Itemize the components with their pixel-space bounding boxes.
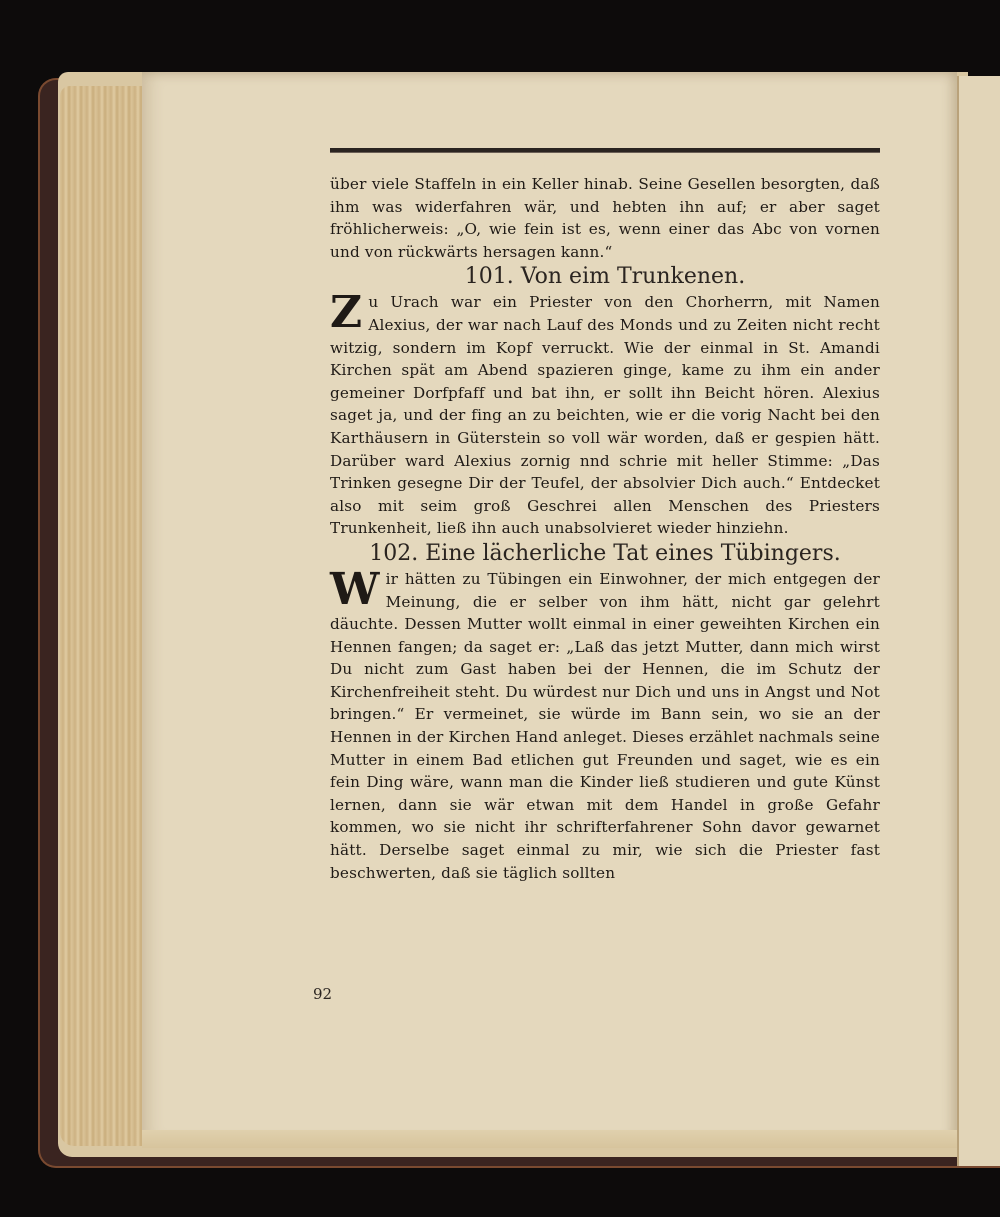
drop-cap: W [330,570,380,610]
story-102-paragraph: Wir hätten zu Tübingen ein Einwohner, de… [330,568,880,884]
story-101-text: u Urach war ein Priester von den Chorher… [330,293,880,537]
story-title-101: 101. Von eim Trunkenen. [330,263,880,291]
header-rule [330,148,880,153]
page-text-area: über viele Staffeln in ein Keller hinab.… [330,148,880,884]
story-102-text: ir hätten zu Tübingen ein Einwohner, der… [330,570,880,882]
page-fore-edge [60,86,150,1146]
page-bottom-edge [142,1130,957,1148]
continuation-paragraph: über viele Staffeln in ein Keller hinab.… [330,173,880,263]
story-101-paragraph: Zu Urach war ein Priester von den Chorhe… [330,291,880,540]
page-number: 92 [313,985,332,1003]
facing-page-edge [957,76,1000,1166]
drop-cap: Z [330,293,362,333]
story-title-102: 102. Eine lächerliche Tat eines Tübinger… [330,540,880,568]
